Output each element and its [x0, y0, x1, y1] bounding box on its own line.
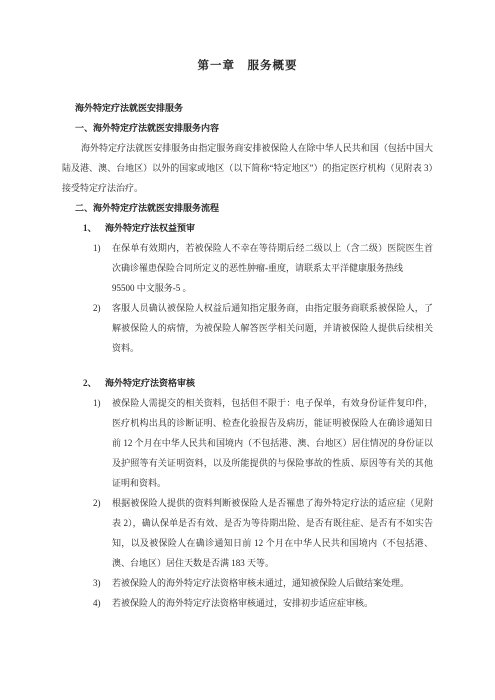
list-item-number: 1) [93, 238, 101, 258]
list-2-heading: 2、海外特定疗法资格审核 [83, 373, 433, 393]
list-item: 2) 根据被保险人提供的资料判断被保险人是否罹患了海外特定疗法的适应症（见附表 … [62, 493, 433, 573]
list-item-text: 被保险人需提交的相关资料，包括但不限于：电子保单，有效身份证件复印件，医疗机构出… [112, 393, 433, 493]
section-2-title: 二、海外特定疗法就医安排服务流程 [75, 198, 433, 218]
list-1-heading: 1、海外特定疗法权益预审 [83, 218, 433, 238]
list-item-text: 客服人员确认被保险人权益后通知指定服务商，由指定服务商联系被保险人，了解被保险人… [112, 298, 433, 358]
list-item: 1) 被保险人需提交的相关资料，包括但不限于：电子保单，有效身份证件复印件，医疗… [62, 393, 433, 493]
list-item-text: 若被保险人的海外特定疗法资格审核未通过，通知被保险人后做结案处理。 [112, 573, 433, 593]
list-item-number: 3) [93, 573, 101, 593]
list-item-number: 4) [93, 593, 101, 613]
section-1-paragraph: 海外特定疗法就医安排服务由指定服务商安排被保险人在除中华人民共和国（包括中国大陆… [62, 138, 433, 198]
list-2-number: 2、 [83, 373, 105, 393]
list-item: 2) 客服人员确认被保险人权益后通知指定服务商，由指定服务商联系被保险人，了解被… [62, 298, 433, 358]
document-page: 第一章 服务概要 海外特定疗法就医安排服务 一、海外特定疗法就医安排服务内容 海… [0, 0, 495, 700]
chapter-title: 第一章 服务概要 [0, 0, 495, 74]
document-body: 海外特定疗法就医安排服务 一、海外特定疗法就医安排服务内容 海外特定疗法就医安排… [62, 98, 433, 613]
list-1-number: 1、 [83, 218, 105, 238]
list-item-number: 1) [93, 393, 101, 413]
section-1-title: 一、海外特定疗法就医安排服务内容 [75, 118, 433, 138]
list-item-text: 在保单有效期内，若被保险人不幸在等待期后经二级以上（含二级）医院医生首次确诊罹患… [112, 238, 433, 298]
list-item: 1) 在保单有效期内，若被保险人不幸在等待期后经二级以上（含二级）医院医生首次确… [62, 238, 433, 298]
list-item-text: 根据被保险人提供的资料判断被保险人是否罹患了海外特定疗法的适应症（见附表 2），… [112, 493, 433, 573]
list-1-title: 海外特定疗法权益预审 [105, 223, 195, 233]
list-item: 4) 若被保险人的海外特定疗法资格审核通过，安排初步适应症审核。 [62, 593, 433, 613]
service-heading: 海外特定疗法就医安排服务 [75, 98, 433, 118]
list-item-number: 2) [93, 298, 101, 318]
list-2-title: 海外特定疗法资格审核 [105, 378, 195, 388]
list-item-number: 2) [93, 493, 101, 513]
list-item-text: 若被保险人的海外特定疗法资格审核通过，安排初步适应症审核。 [112, 593, 433, 613]
list-item: 3) 若被保险人的海外特定疗法资格审核未通过，通知被保险人后做结案处理。 [62, 573, 433, 593]
